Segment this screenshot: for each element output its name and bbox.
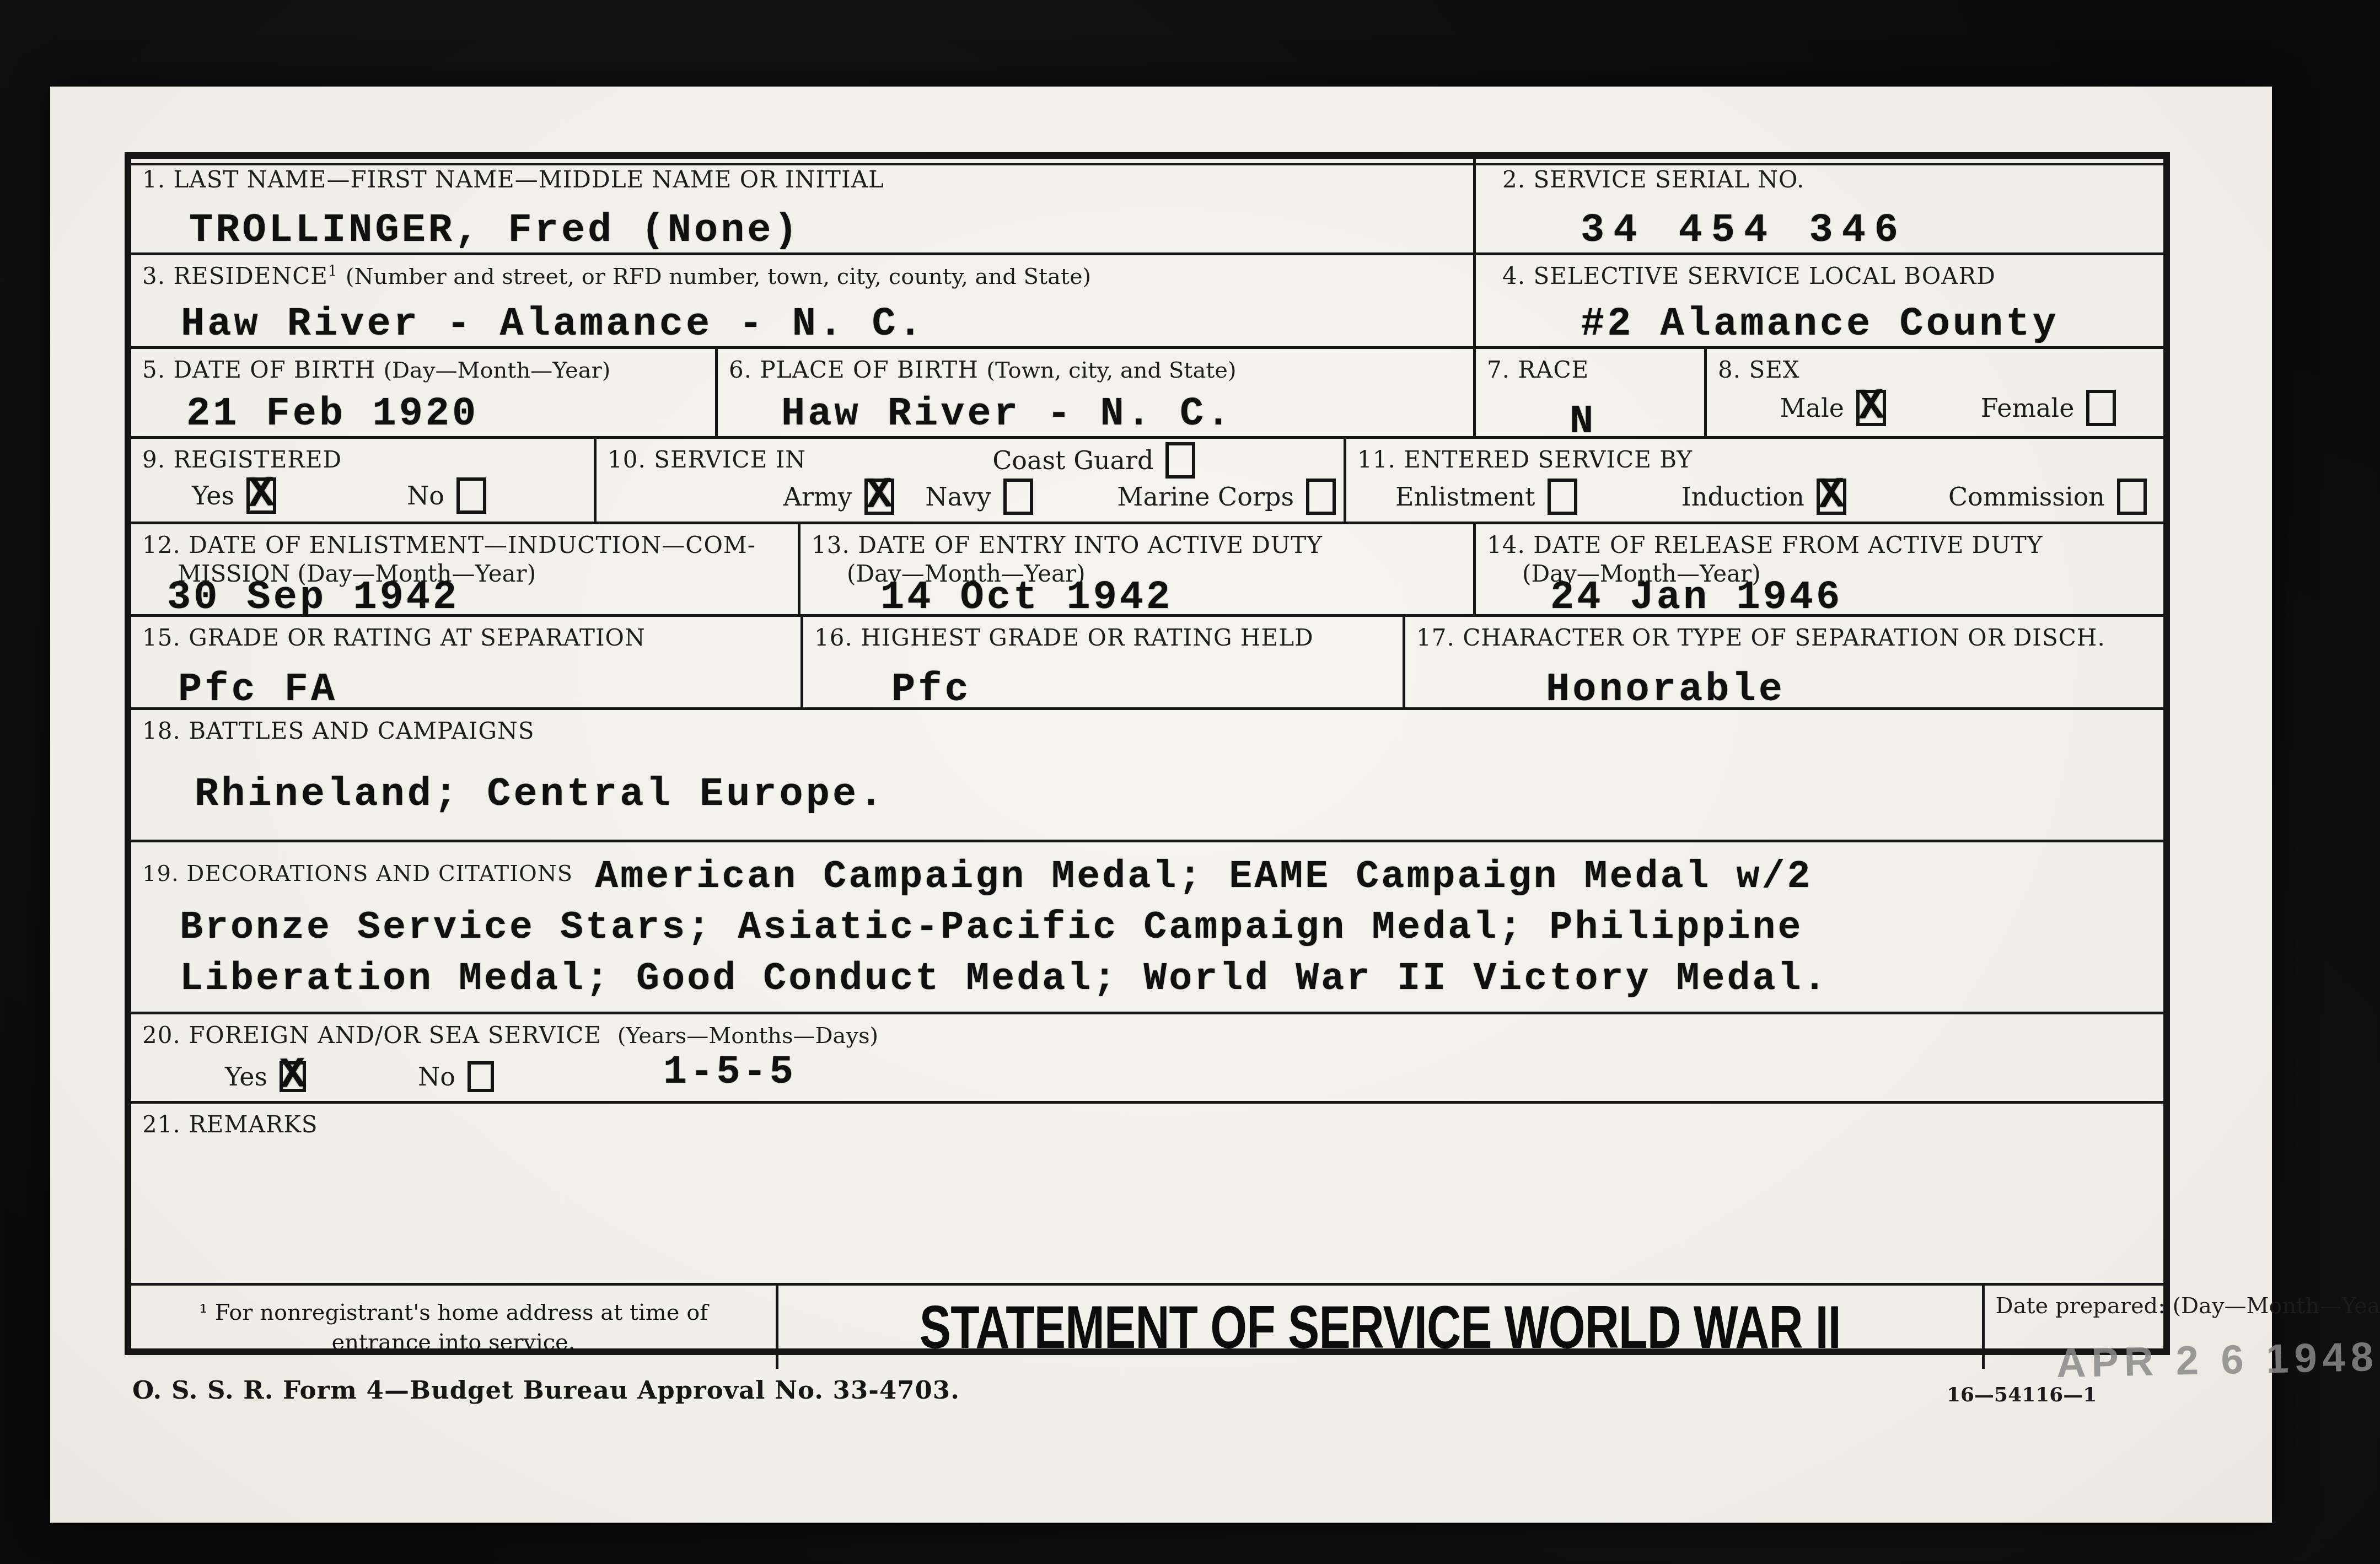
enlistment-option: Enlistment (1395, 479, 1577, 515)
field-date-release-active-duty: 14. DATE OF RELEASE FROM ACTIVE DUTY (Da… (1476, 524, 2163, 614)
coast-guard-label: Coast Guard (992, 445, 1153, 475)
print-code-footer: 16—54116—1 (1947, 1383, 2097, 1406)
coast-guard-checkbox (1165, 442, 1195, 479)
field-entered-service-by: 11. ENTERED SERVICE BY Enlistment Induct… (1346, 439, 2163, 522)
date-entry-value: 14 Oct 1942 (880, 578, 1173, 617)
field-remarks: 21. REMARKS (131, 1104, 2163, 1283)
date-of-birth-value: 21 Feb 1920 (186, 394, 479, 434)
army-checkbox (864, 479, 894, 515)
battles-value: Rhineland; Central Europe. (195, 775, 2152, 814)
female-option-label: Female (1981, 393, 2075, 423)
field-grade-at-separation: 15. GRADE OR RATING AT SEPARATION Pfc FA (131, 617, 803, 707)
female-checkbox (2086, 390, 2116, 426)
field-date-enlistment: 12. DATE OF ENLISTMENT—INDUCTION—COM- MI… (131, 524, 801, 614)
field-race: 7. RACE N (1476, 349, 1707, 436)
row-name-serial: 1. LAST NAME—FIRST NAME—MIDDLE NAME OR I… (131, 159, 2163, 255)
serial-no-value: 34 454 346 (1581, 211, 1907, 250)
registered-no-option: No (407, 477, 486, 514)
sex-female-option: Female (1981, 390, 2116, 426)
decorations-value-line1: American Campaign Medal; EAME Campaign M… (595, 852, 1812, 903)
service-in-label: 10. SERVICE IN (608, 445, 1333, 475)
date-enlistment-label: 12. DATE OF ENLISTMENT—INDUCTION—COM- (142, 531, 787, 560)
field-decorations-and-citations: 19. DECORATIONS AND CITATIONS American C… (131, 842, 2163, 1012)
highest-grade-label: 16. HIGHEST GRADE OR RATING HELD (814, 624, 1392, 653)
field-place-of-birth: 6. PLACE OF BIRTH (Town, city, and State… (718, 349, 1476, 436)
date-entry-label: 13. DATE OF ENTRY INTO ACTIVE DUTY (812, 531, 1462, 560)
induction-option: Induction (1681, 479, 1846, 515)
field-date-of-birth: 5. DATE OF BIRTH (Day—Month—Year) 21 Feb… (131, 349, 718, 436)
row-remarks: 21. REMARKS (131, 1104, 2163, 1286)
place-of-birth-label: 6. PLACE OF BIRTH (Town, city, and State… (729, 356, 1462, 385)
enlistment-checkbox (1548, 479, 1577, 515)
date-prepared-cell: Date prepared: (Day—Month—Year) APR 2 6 … (1985, 1286, 2380, 1369)
character-value: Honorable (1546, 670, 1785, 710)
foreign-yes-checkbox (280, 1061, 306, 1092)
field-local-board: 4. SELECTIVE SERVICE LOCAL BOARD #2 Alam… (1476, 255, 2163, 346)
form-number-footer: O. S. S. R. Form 4—Budget Bureau Approva… (132, 1375, 960, 1405)
army-label: Army (783, 482, 852, 512)
foreign-no-checkbox (468, 1061, 494, 1092)
service-coast-guard-option: Coast Guard (992, 442, 1195, 479)
footnote-line2: entrance into service. (332, 1327, 576, 1357)
row-foreign-service: 20. FOREIGN AND/OR SEA SERVICE (Years—Mo… (131, 1014, 2163, 1104)
service-navy-option: Navy (925, 479, 1033, 515)
decorations-label: 19. DECORATIONS AND CITATIONS (142, 852, 573, 888)
field-battles-and-campaigns: 18. BATTLES AND CAMPAIGNS Rhineland; Cen… (131, 710, 2163, 840)
date-enlistment-value: 30 Sep 1942 (167, 578, 459, 617)
foreign-no-option: No (418, 1061, 494, 1092)
field-registered: 9. REGISTERED Yes No (131, 439, 597, 522)
foreign-service-duration-value: 1-5-5 (663, 1052, 796, 1092)
residence-value: Haw River - Alamance - N. C. (181, 304, 925, 344)
service-record-form: 1. LAST NAME—FIRST NAME—MIDDLE NAME OR I… (125, 152, 2170, 1355)
registered-yes-label: Yes (192, 481, 234, 510)
decorations-value-line3: Liberation Medal; Good Conduct Medal; Wo… (142, 954, 2152, 1005)
date-release-label: 14. DATE OF RELEASE FROM ACTIVE DUTY (1487, 531, 2152, 560)
marine-corps-checkbox (1306, 479, 1336, 515)
field-last-name: 1. LAST NAME—FIRST NAME—MIDDLE NAME OR I… (131, 159, 1476, 252)
foreign-yes-label: Yes (225, 1062, 267, 1092)
male-option-label: Male (1780, 393, 1844, 423)
field-character-of-separation: 17. CHARACTER OR TYPE OF SEPARATION OR D… (1405, 617, 2163, 707)
male-checkbox (1856, 390, 1886, 426)
battles-label: 18. BATTLES AND CAMPAIGNS (142, 717, 2152, 746)
field-service-serial-no: 2. SERVICE SERIAL NO. 34 454 346 (1476, 159, 2163, 252)
field-service-in: 10. SERVICE IN Coast Guard Army Navy Mar… (597, 439, 1346, 522)
service-army-option: Army (783, 479, 894, 515)
service-marine-corps-option: Marine Corps (1117, 479, 1336, 515)
induction-label: Induction (1681, 482, 1804, 512)
marine-corps-label: Marine Corps (1117, 482, 1294, 512)
footnote-line1: ¹ For nonregistrant's home address at ti… (199, 1298, 708, 1327)
induction-checkbox (1817, 479, 1846, 515)
foreign-no-label: No (418, 1062, 455, 1092)
date-prepared-label: Date prepared: (Day—Month—Year) (1996, 1292, 2380, 1320)
field-highest-grade: 16. HIGHEST GRADE OR RATING HELD Pfc (803, 617, 1405, 707)
registered-no-checkbox (456, 477, 486, 514)
form-title: STATEMENT OF SERVICE WORLD WAR II (920, 1292, 1841, 1362)
footnote-cell: ¹ For nonregistrant's home address at ti… (131, 1286, 778, 1369)
row-birth-race-sex: 5. DATE OF BIRTH (Day—Month—Year) 21 Feb… (131, 349, 2163, 439)
grade-separation-label: 15. GRADE OR RATING AT SEPARATION (142, 624, 789, 653)
date-prepared-stamp: APR 2 6 1948 (2056, 1333, 2379, 1386)
row-registered-service-entered: 9. REGISTERED Yes No 10. SERVICE IN Coas… (131, 439, 2163, 524)
last-name-label: 1. LAST NAME—FIRST NAME—MIDDLE NAME OR I… (142, 165, 1462, 195)
scanned-document-paper: 1. LAST NAME—FIRST NAME—MIDDLE NAME OR I… (50, 87, 2272, 1523)
highest-grade-value: Pfc (891, 670, 971, 710)
local-board-value: #2 Alamance County (1581, 304, 2059, 344)
serial-no-label: 2. SERVICE SERIAL NO. (1487, 165, 2152, 195)
navy-label: Navy (925, 482, 991, 512)
foreign-yes-option: Yes (225, 1061, 306, 1092)
field-foreign-sea-service: 20. FOREIGN AND/OR SEA SERVICE (Years—Mo… (131, 1014, 2163, 1101)
registered-no-label: No (407, 481, 444, 510)
commission-label: Commission (1948, 482, 2105, 512)
registered-label: 9. REGISTERED (142, 445, 583, 475)
residence-label: 3. RESIDENCE1 (Number and street, or RFD… (142, 262, 1462, 291)
row-decorations: 19. DECORATIONS AND CITATIONS American C… (131, 842, 2163, 1014)
grade-separation-value: Pfc FA (178, 670, 337, 710)
row-battles: 18. BATTLES AND CAMPAIGNS Rhineland; Cen… (131, 710, 2163, 842)
commission-checkbox (2117, 479, 2147, 515)
field-residence: 3. RESIDENCE1 (Number and street, or RFD… (131, 255, 1476, 346)
foreign-service-label: 20. FOREIGN AND/OR SEA SERVICE (Years—Mo… (142, 1021, 2152, 1050)
character-label: 17. CHARACTER OR TYPE OF SEPARATION OR D… (1416, 624, 2152, 653)
place-of-birth-value: Haw River - N. C. (781, 394, 1233, 434)
navy-checkbox (1003, 479, 1033, 515)
field-sex: 8. SEX Male Female (1707, 349, 2163, 436)
row-residence-board: 3. RESIDENCE1 (Number and street, or RFD… (131, 255, 2163, 349)
race-label: 7. RACE (1487, 356, 1693, 385)
row-dates: 12. DATE OF ENLISTMENT—INDUCTION—COM- MI… (131, 524, 2163, 617)
sex-label: 8. SEX (1718, 356, 2152, 385)
date-release-value: 24 Jan 1946 (1550, 578, 1842, 617)
race-value: N (1570, 402, 1596, 442)
last-name-value: TROLLINGER, Fred (None) (189, 211, 801, 250)
registered-yes-checkbox (246, 477, 276, 514)
commission-option: Commission (1948, 479, 2147, 515)
entered-service-by-label: 11. ENTERED SERVICE BY (1357, 445, 2152, 475)
local-board-label: 4. SELECTIVE SERVICE LOCAL BOARD (1487, 262, 2152, 291)
row-grades-character: 15. GRADE OR RATING AT SEPARATION Pfc FA… (131, 617, 2163, 710)
remarks-label: 21. REMARKS (142, 1110, 2152, 1140)
sex-male-option: Male (1780, 390, 1885, 426)
form-title-cell: STATEMENT OF SERVICE WORLD WAR II (778, 1286, 1985, 1369)
row-bottom: ¹ For nonregistrant's home address at ti… (131, 1286, 2163, 1369)
field-date-entry-active-duty: 13. DATE OF ENTRY INTO ACTIVE DUTY (Day—… (801, 524, 1476, 614)
registered-yes-option: Yes (192, 477, 276, 514)
decorations-value-line2: Bronze Service Stars; Asiatic-Pacific Ca… (142, 903, 2152, 954)
enlistment-label: Enlistment (1395, 482, 1535, 512)
date-of-birth-label: 5. DATE OF BIRTH (Day—Month—Year) (142, 356, 704, 385)
